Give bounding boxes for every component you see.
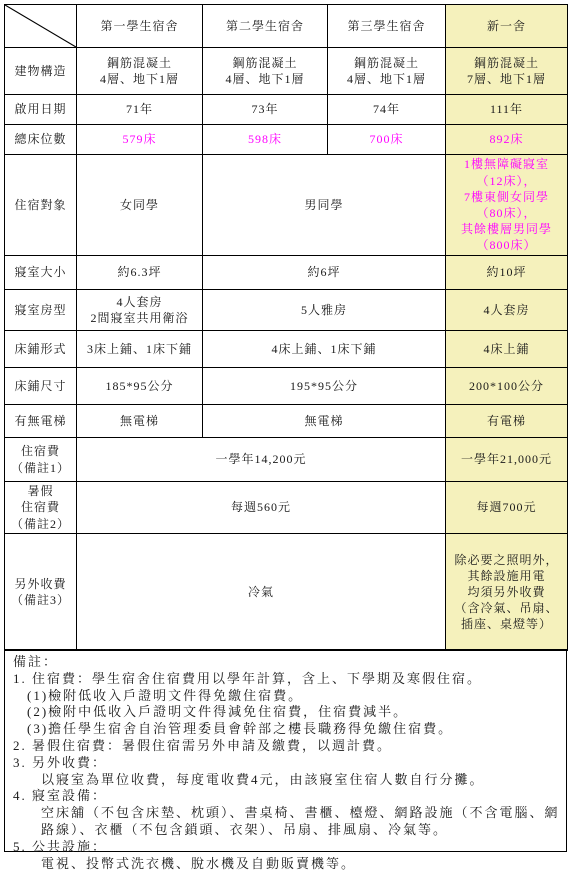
row-label-total-beds: 總床位數 [5,125,77,155]
note-line-public-facilities-detail: 電視、投幣式洗衣機、脫水機及自動販賣機等。 [13,856,560,872]
note-line-floor-leader: (3)擔任學生宿舍自治管理委員會幹部之樓長職務得免繳住宿費。 [13,721,560,738]
cell-year-dorm1: 71年 [77,95,203,125]
notes-section: 備註： 1. 住宿費：學生宿舍住宿費用以學年計算，含上、下學期及寒假住宿。 (1… [4,649,567,852]
cell-room-type-dorm1: 4人套房 2間寢室共用衛浴 [77,290,203,331]
cell-structure-new-dorm: 鋼筋混凝土 7層、地下1層 [446,48,568,95]
note-line-summer-fee: 2. 暑假住宿費：暑假住宿需另外申請及繳費，以週計費。 [13,738,560,755]
note-line-extra-charge-detail: 以寢室為單位收費，每度電收費4元，由該寢室住宿人數自行分攤。 [13,772,560,789]
cell-beds-dorm2: 598床 [203,125,328,155]
row-label-room-size: 寢室大小 [5,256,77,290]
cell-bed-size-new-dorm: 200*100公分 [446,368,568,405]
cell-beds-dorm1: 579床 [77,125,203,155]
column-header-dorm1: 第一學生宿舍 [77,5,203,48]
table-row-structure: 建物構造 鋼筋混凝土 4層、地下1層 鋼筋混凝土 4層、地下1層 鋼筋混凝土 4… [5,48,568,95]
table-row-extra-charge: 另外收費 （備註3） 冷氣 除必要之照明外， 其餘設施用電 均須另外收費 （含冷… [5,534,568,651]
cell-year-dorm2: 73年 [203,95,328,125]
note-line-fee: 1. 住宿費：學生宿舍住宿費用以學年計算，含上、下學期及寒假住宿。 [13,671,560,688]
header-row: 第一學生宿舍 第二學生宿舍 第三學生宿舍 新一舍 [5,5,568,48]
cell-structure-dorm2: 鋼筋混凝土 4層、地下1層 [203,48,328,95]
cell-year-new-dorm: 111年 [446,95,568,125]
table-row-total-beds: 總床位數 579床 598床 700床 892床 [5,125,568,155]
table-row-room-type: 寢室房型 4人套房 2間寢室共用衛浴 5人雅房 4人套房 [5,290,568,331]
cell-room-size-new-dorm: 約10坪 [446,256,568,290]
note-line-public-facilities: 5. 公共設施： [13,839,560,856]
notes-title: 備註： [13,654,560,671]
column-header-new-dorm: 新一舍 [446,5,568,48]
cell-fee-dorm1-3: 一學年14,200元 [77,438,446,482]
cell-structure-dorm1: 鋼筋混凝土 4層、地下1層 [77,48,203,95]
row-label-structure: 建物構造 [5,48,77,95]
row-label-elevator: 有無電梯 [5,405,77,438]
table-row-residents: 住宿對象 女同學 男同學 1樓無障礙寢室 （12床）， 7樓東側女同學 （80床… [5,155,568,256]
row-label-summer-fee: 暑假 住宿費 （備註2） [5,482,77,534]
corner-cell [5,5,77,48]
row-label-residents: 住宿對象 [5,155,77,256]
row-label-extra-charge: 另外收費 （備註3） [5,534,77,651]
cell-room-type-new-dorm: 4人套房 [446,290,568,331]
column-header-dorm3: 第三學生宿舍 [328,5,446,48]
table-row-elevator: 有無電梯 無電梯 無電梯 有電梯 [5,405,568,438]
cell-extra-charge-new-dorm: 除必要之照明外， 其餘設施用電 均須另外收費 （含冷氣、吊扇、 插座、桌燈等） [446,534,568,651]
table-row-summer-fee: 暑假 住宿費 （備註2） 每週560元 每週700元 [5,482,568,534]
row-label-bed-size: 床鋪尺寸 [5,368,77,405]
cell-bed-form-dorm2-3: 4床上鋪、1床下鋪 [203,331,446,368]
table-row-bed-size: 床鋪尺寸 185*95公分 195*95公分 200*100公分 [5,368,568,405]
cell-room-size-dorm2-3: 約6坪 [203,256,446,290]
cell-residents-dorm1: 女同學 [77,155,203,256]
cell-summer-fee-dorm1-3: 每週560元 [77,482,446,534]
cell-elevator-new-dorm: 有電梯 [446,405,568,438]
cell-beds-new-dorm: 892床 [446,125,568,155]
cell-residents-dorm2-3: 男同學 [203,155,446,256]
note-line-room-equipment: 4. 寢室設備： [13,788,560,805]
cell-elevator-dorm2-3: 無電梯 [203,405,446,438]
table-row-opening-year: 啟用日期 71年 73年 74年 111年 [5,95,568,125]
cell-room-type-dorm2-3: 5人雅房 [203,290,446,331]
cell-room-size-dorm1: 約6.3坪 [77,256,203,290]
cell-summer-fee-new-dorm: 每週700元 [446,482,568,534]
cell-bed-size-dorm1: 185*95公分 [77,368,203,405]
cell-structure-dorm3: 鋼筋混凝土 4層、地下1層 [328,48,446,95]
cell-residents-new-dorm: 1樓無障礙寢室 （12床）， 7樓東側女同學 （80床）， 其餘樓層男同學 （8… [446,155,568,256]
note-line-extra-charge: 3. 另外收費： [13,755,560,772]
dorm-comparison-table: 第一學生宿舍 第二學生宿舍 第三學生宿舍 新一舍 建物構造 鋼筋混凝土 4層、地… [4,4,568,651]
diagonal-line [5,5,76,47]
dormitory-comparison-page: 第一學生宿舍 第二學生宿舍 第三學生宿舍 新一舍 建物構造 鋼筋混凝土 4層、地… [0,0,571,857]
note-line-mid-low-income: (2)檢附中低收入戶證明文件得減免住宿費，住宿費減半。 [13,704,560,721]
cell-year-dorm3: 74年 [328,95,446,125]
cell-fee-new-dorm: 一學年21,000元 [446,438,568,482]
row-label-opening-year: 啟用日期 [5,95,77,125]
cell-bed-form-dorm1: 3床上鋪、1床下鋪 [77,331,203,368]
cell-bed-size-dorm2-3: 195*95公分 [203,368,446,405]
note-line-room-equipment-detail: 空床舖（不包含床墊、枕頭）、書桌椅、書櫃、檯燈、網路設施（不含電腦、網路線）、衣… [13,805,560,839]
column-header-dorm2: 第二學生宿舍 [203,5,328,48]
row-label-fee: 住宿費 （備註1） [5,438,77,482]
cell-bed-form-new-dorm: 4床上鋪 [446,331,568,368]
cell-extra-charge-dorm1-3: 冷氣 [77,534,446,651]
row-label-room-type: 寢室房型 [5,290,77,331]
row-label-bed-form: 床鋪形式 [5,331,77,368]
table-row-bed-form: 床鋪形式 3床上鋪、1床下鋪 4床上鋪、1床下鋪 4床上鋪 [5,331,568,368]
cell-elevator-dorm1: 無電梯 [77,405,203,438]
cell-beds-dorm3: 700床 [328,125,446,155]
note-line-low-income: (1)檢附低收入戶證明文件得免繳住宿費。 [13,688,560,705]
table-row-fee: 住宿費 （備註1） 一學年14,200元 一學年21,000元 [5,438,568,482]
table-row-room-size: 寢室大小 約6.3坪 約6坪 約10坪 [5,256,568,290]
